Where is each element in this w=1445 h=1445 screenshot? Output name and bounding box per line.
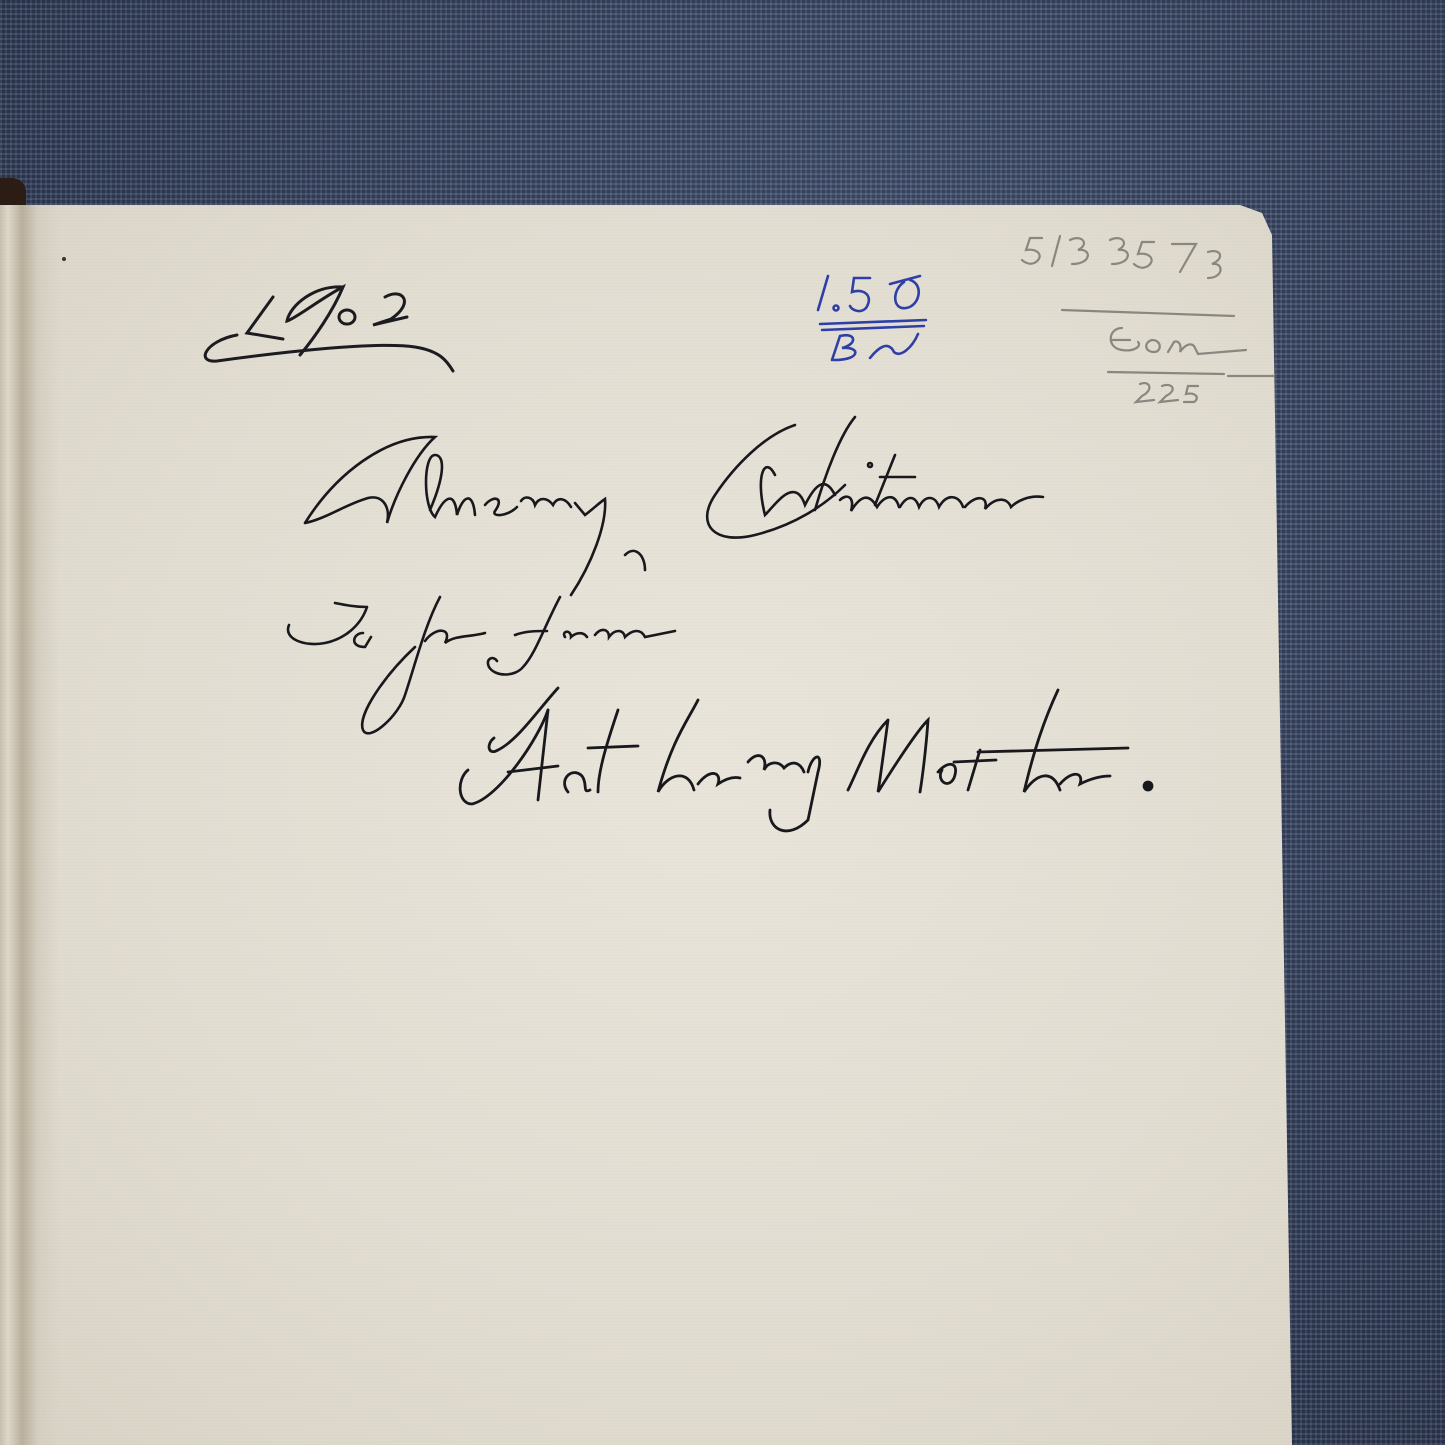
inscription-price-blue: 1.50 BN xyxy=(808,262,948,366)
blue-price-handwriting-icon xyxy=(808,262,948,362)
father-and-mother-handwriting-icon xyxy=(448,680,1168,840)
inscription-message-line3: Father and Mother. xyxy=(448,680,1168,844)
year-handwriting-icon xyxy=(195,275,465,375)
inscription-year: 1902 xyxy=(195,275,465,379)
book-spine-gutter xyxy=(0,205,60,1445)
merry-christmas-handwriting-icon xyxy=(295,415,1055,605)
ink-speck xyxy=(62,257,66,261)
inscription-pencil-notes: 5133573 Con 225 xyxy=(1012,232,1282,416)
book-cover-edge xyxy=(0,178,26,206)
pencil-handwriting-icon xyxy=(1012,232,1282,412)
inscription-message-line1: A merry Christmas xyxy=(295,415,1055,609)
